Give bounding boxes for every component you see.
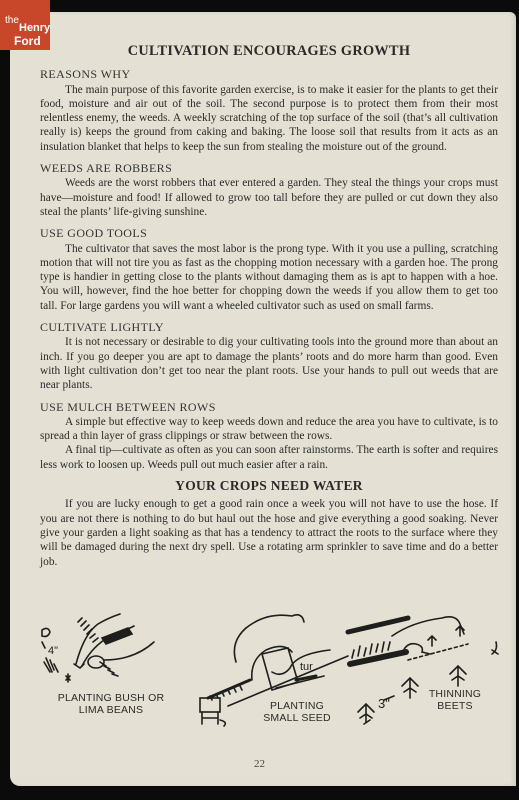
section-paragraph: If you are lucky enough to get a good ra… <box>40 497 498 568</box>
caption-line: PLANTING <box>242 700 352 712</box>
section-weeds-are-robbers: WEEDS ARE ROBBERS Weeds are the worst ro… <box>40 161 498 219</box>
hand-planting-bean-icon: 4" <box>30 602 180 702</box>
section-use-good-tools: USE GOOD TOOLS The cultivator that saves… <box>40 226 498 313</box>
section-reasons-why: REASONS WHY The main purpose of this fav… <box>40 67 498 154</box>
section-water: YOUR CROPS NEED WATER If you are lucky e… <box>40 479 498 569</box>
section-heading: WEEDS ARE ROBBERS <box>40 161 498 175</box>
section-heading: REASONS WHY <box>40 67 498 81</box>
illustration-caption: PLANTING BUSH OR LIMA BEANS <box>36 692 186 716</box>
caption-line: PLANTING BUSH OR <box>36 692 186 704</box>
section-cultivate-lightly: CULTIVATE LIGHTLY It is not necessary or… <box>40 320 498 392</box>
caption-line: THINNING <box>420 688 490 700</box>
caption-line: LIMA BEANS <box>36 704 186 716</box>
illustration-planting-seed: tur PLANTING SMALL SEED <box>192 602 352 732</box>
section-paragraph: The cultivator that saves the most labor… <box>40 242 498 313</box>
section-heading: USE GOOD TOOLS <box>40 226 498 240</box>
spacing-label: 3" <box>378 696 390 711</box>
caption-line: BEETS <box>420 700 490 712</box>
caption-line: SMALL SEED <box>242 712 352 724</box>
section-heading: CULTIVATE LIGHTLY <box>40 320 498 334</box>
logo-the: the <box>5 16 19 26</box>
seed-packet-label: tur <box>300 661 313 673</box>
logo-ford: Ford <box>14 35 41 47</box>
henry-ford-logo[interactable]: the Henry Ford <box>0 0 50 50</box>
section-paragraph: A final tip—cultivate as often as you ca… <box>40 443 498 472</box>
illustration-planting-beans: 4" PLANTING BUSH OR LIMA BEANS <box>30 602 180 727</box>
illustration-caption: PLANTING SMALL SEED <box>242 700 352 724</box>
section-paragraph: It is not necessary or desirable to dig … <box>40 335 498 392</box>
logo-henry: Henry <box>19 23 50 34</box>
spacing-label: 4" <box>48 645 58 657</box>
page-number: 22 <box>0 758 519 770</box>
illustration-thinning-beets: 3" THINNING BEETS <box>342 602 512 732</box>
page-title: CULTIVATION ENCOURAGES GROWTH <box>40 44 498 58</box>
illustrations-row: 4" PLANTING BUSH OR LIMA BEANS tur <box>30 602 510 732</box>
section-heading: USE MULCH BETWEEN ROWS <box>40 400 498 414</box>
section-paragraph: The main purpose of this favorite garden… <box>40 83 498 154</box>
illustration-caption: THINNING BEETS <box>420 688 490 712</box>
section-paragraph: Weeds are the worst robbers that ever en… <box>40 176 498 219</box>
page-content: CULTIVATION ENCOURAGES GROWTH REASONS WH… <box>40 44 498 576</box>
section-use-mulch: USE MULCH BETWEEN ROWS A simple but effe… <box>40 400 498 472</box>
hand-thinning-plants-icon: 3" <box>342 602 512 732</box>
section-title-water: YOUR CROPS NEED WATER <box>40 479 498 493</box>
section-paragraph: A simple but effective way to keep weeds… <box>40 415 498 444</box>
